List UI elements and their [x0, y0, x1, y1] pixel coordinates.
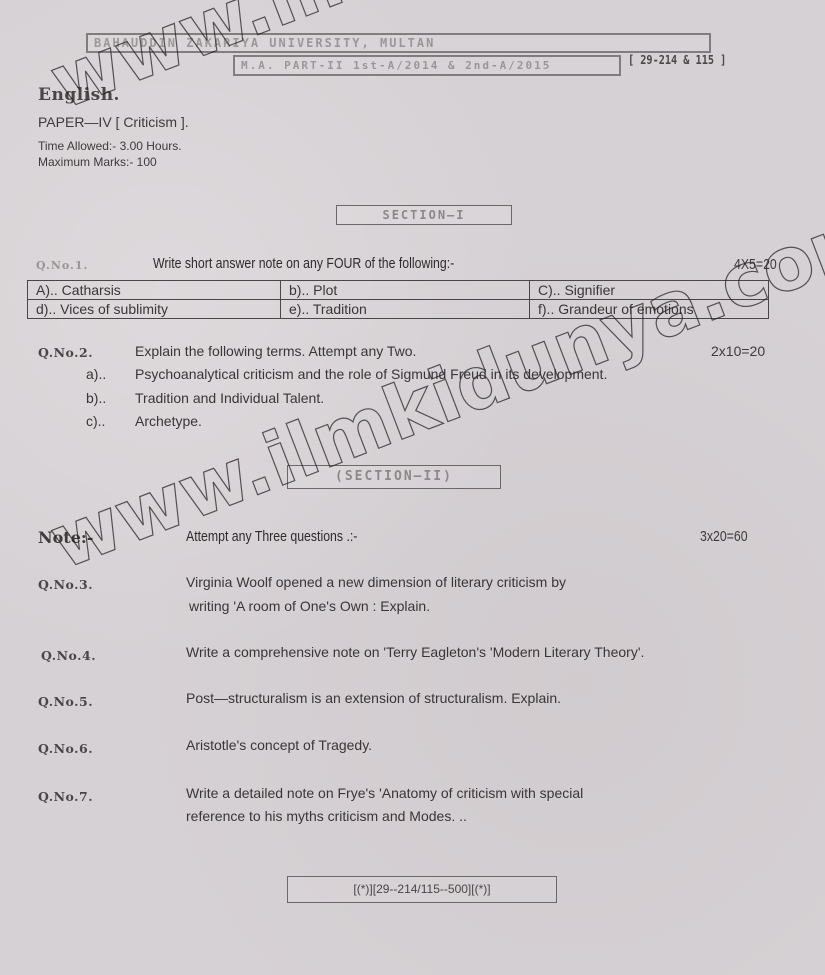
q7-label: Q.No.7. — [38, 789, 93, 804]
term-cell: A).. Catharsis — [28, 281, 281, 300]
q1-label: Q.No.1. — [36, 259, 88, 272]
section-1-heading: SECTION—I — [336, 205, 512, 225]
table-row: A).. Catharsis b).. Plot C).. Signifier — [28, 281, 769, 300]
subject-title: English. — [38, 85, 120, 105]
q6-label: Q.No.6. — [38, 741, 93, 756]
q2-item-text: Archetype. — [135, 413, 202, 429]
q4-text-line: Write a comprehensive note on 'Terry Eag… — [186, 644, 644, 660]
q3-text-line: Virginia Woolf opened a new dimension of… — [186, 574, 566, 590]
note-label: Note:- — [38, 528, 93, 547]
session-stamp: M.A. PART-II 1st-A/2014 & 2nd-A/2015 — [233, 55, 621, 76]
paper-code: [ 29-214 & 115 ] — [628, 53, 726, 67]
time-allowed: Time Allowed:- 3.00 Hours. — [38, 139, 182, 153]
term-cell: e).. Tradition — [281, 300, 530, 319]
q2-item-text: Tradition and Individual Talent. — [135, 390, 324, 406]
q1-instruction: Write short answer note on any FOUR of t… — [153, 255, 454, 272]
q1-marks: 4X5=20 — [734, 256, 777, 273]
q6-text-line: Aristotle's concept of Tragedy. — [186, 737, 372, 753]
paper-title: PAPER—IV [ Criticism ]. — [38, 114, 189, 130]
footer-code-stamp: [(*)][29--214/115--500][(*)] — [287, 876, 557, 903]
q2-instruction: Explain the following terms. Attempt any… — [135, 343, 416, 359]
q7-text-line: Write a detailed note on Frye's 'Anatomy… — [186, 785, 583, 801]
q7-text-line: reference to his myths criticism and Mod… — [186, 808, 467, 824]
note-instruction: Attempt any Three questions .:- — [186, 528, 357, 545]
q2-item-letter: a).. — [86, 366, 106, 382]
q2-item-text: Psychoanalytical criticism and the role … — [135, 366, 607, 382]
q4-label: Q.No.4. — [41, 648, 96, 663]
university-name-stamp: BAHAUDDIN ZAKARIYA UNIVERSITY, MULTAN — [86, 33, 711, 53]
term-cell: f).. Grandeur of emotions — [530, 300, 769, 319]
q2-label: Q.No.2. — [38, 345, 93, 360]
maximum-marks: Maximum Marks:- 100 — [38, 155, 157, 169]
term-cell: b).. Plot — [281, 281, 530, 300]
term-cell: C).. Signifier — [530, 281, 769, 300]
section-2-heading: (SECTION—II) — [287, 465, 501, 489]
q2-item-letter: c).. — [86, 413, 105, 429]
section-2-marks: 3x20=60 — [700, 528, 748, 545]
q5-text-line: Post—structuralism is an extension of st… — [186, 690, 561, 706]
term-cell: d).. Vices of sublimity — [28, 300, 281, 319]
watermark-text: www.ilmkidunya.com — [39, 188, 825, 586]
table-row: d).. Vices of sublimity e).. Tradition f… — [28, 300, 769, 319]
q2-marks: 2x10=20 — [711, 343, 765, 359]
q5-label: Q.No.5. — [38, 694, 93, 709]
q1-terms-table: A).. Catharsis b).. Plot C).. Signifier … — [27, 280, 769, 319]
q3-text-line: writing 'A room of One's Own : Explain. — [189, 598, 430, 614]
q2-item-letter: b).. — [86, 390, 106, 406]
q3-label: Q.No.3. — [38, 577, 93, 592]
